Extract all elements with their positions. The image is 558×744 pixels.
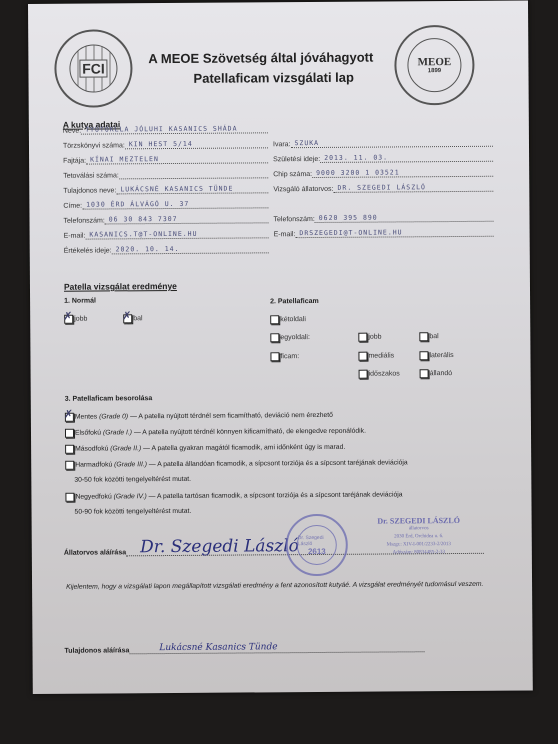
- bilateral-checkbox[interactable]: kétoldali: [270, 315, 306, 324]
- field-label: Értékelés ideje:: [64, 247, 112, 254]
- owner-signature-label: Tulajdonos aláírása: [64, 647, 129, 654]
- grade-desc-cont: 30-50 fok közötti tengelyeltérést mutat.: [65, 470, 505, 488]
- grade-desc: — A patella állandóan ficamodik, a sípcs…: [147, 459, 408, 468]
- medial-checkbox[interactable]: mediális: [358, 351, 394, 360]
- field-input[interactable]: [119, 168, 268, 179]
- grade-option[interactable]: Mentes (Grade 0) — A patella nyújtott té…: [65, 407, 505, 425]
- grade-code: (Grade IV.): [114, 493, 147, 500]
- field-label: Ivara:: [273, 141, 291, 148]
- checkbox-icon[interactable]: [123, 314, 132, 323]
- dog-field-row: Tulajdonos neve:LUKÁCSNÉ KASANICS TÜNDE: [63, 183, 268, 194]
- intermittent-checkbox[interactable]: időszakos: [359, 369, 400, 378]
- field-value: TYÚTOKLLA JÓLUHI KASANICS SHÁDA: [85, 125, 237, 134]
- owner-signature-field[interactable]: Lukácsné Kasanics Tünde: [129, 641, 424, 654]
- luxation-heading: 2. Patellaficam: [270, 298, 319, 305]
- normal-right-checkbox[interactable]: jobb: [64, 315, 87, 324]
- permanent-checkbox[interactable]: állandó: [420, 369, 453, 378]
- unilateral-checkbox[interactable]: egyoldali:: [270, 333, 310, 342]
- checkbox-icon[interactable]: [65, 460, 74, 469]
- dog-field-row: Telefonszám:06 30 843 7307: [63, 213, 268, 224]
- field-value: 9000 3200 1 03521: [316, 168, 400, 177]
- checkbox-icon[interactable]: [270, 352, 279, 361]
- option-label: laterális: [429, 352, 453, 359]
- field-input[interactable]: KIN HEST 5/14: [125, 138, 268, 149]
- dog-field-row: Telefonszám:0620 395 890: [273, 212, 493, 224]
- grade-code: (Grade II.): [110, 445, 141, 452]
- form-title: A MEOE Szövetség által jóváhagyott: [148, 50, 373, 67]
- dog-field-row: Ivara:SZUKA: [273, 137, 493, 149]
- option-label: bal: [429, 333, 438, 340]
- grade-name: Harmadfokú: [75, 461, 112, 468]
- dog-field-row: Születési ideje:2013. 11. 03.: [273, 152, 493, 164]
- field-value: DR. SZEGEDI LÁSZLÓ: [337, 183, 426, 192]
- field-label: Telefonszám:: [63, 217, 104, 224]
- field-value: KASANICS.T@T-ONLINE.HU: [89, 230, 197, 239]
- field-input[interactable]: 9000 3200 1 03521: [312, 167, 493, 178]
- field-input[interactable]: KASANICS.T@T-ONLINE.HU: [85, 228, 268, 239]
- dog-field-row: Vizsgáló állatorvos:DR. SZEGEDI LÁSZLÓ: [273, 182, 493, 194]
- field-input[interactable]: DRSZEGEDI@T-ONLINE.HU: [295, 227, 493, 238]
- classification-heading: 3. Patellaficam besorolása: [65, 395, 153, 403]
- option-label: jobb: [368, 334, 381, 341]
- dog-field-row: Fajtája:KÍNAI MEZTELEN: [63, 153, 268, 164]
- checkbox-icon[interactable]: [359, 370, 368, 379]
- grade-desc: — A patella tartósan ficamodik, a sípcso…: [147, 491, 403, 500]
- vet-signature: Dr. Szegedi László: [140, 536, 299, 557]
- unilateral-left-checkbox[interactable]: bal: [419, 332, 438, 341]
- field-value: DRSZEGEDI@T-ONLINE.HU: [299, 228, 402, 237]
- checkbox-icon[interactable]: [270, 315, 279, 324]
- unilateral-right-checkbox[interactable]: jobb: [358, 333, 381, 342]
- checkbox-icon[interactable]: [64, 315, 73, 324]
- grade-code: (Grade I.): [103, 429, 132, 436]
- checkbox-icon[interactable]: [270, 333, 279, 342]
- dog-field-row: Neve:TYÚTOKLLA JÓLUHI KASANICS SHÁDA: [63, 123, 268, 134]
- option-label: mediális: [368, 352, 394, 359]
- checkbox-icon[interactable]: [65, 428, 74, 437]
- vet-address-stamp: Dr. SZEGEDI LÁSZLÓ állatorvos 2030 Érd, …: [364, 517, 474, 558]
- field-label: Telefonszám:: [273, 216, 314, 223]
- dog-field-row: Törzskönyvi száma:KIN HEST 5/14: [63, 138, 268, 149]
- form-subtitle: Patellaficam vizsgálati lap: [193, 70, 354, 86]
- results-heading: Patella vizsgálat eredménye: [64, 281, 177, 292]
- checkbox-icon[interactable]: [65, 412, 74, 421]
- grade-name: Másodfokú: [75, 445, 108, 452]
- patella-exam-form: FCI MEOE 1899 A MEOE Szövetség által jóv…: [28, 1, 533, 694]
- option-label: kétoldali: [280, 316, 306, 323]
- field-value: KIN HEST 5/14: [129, 140, 193, 148]
- field-label: Neve:: [63, 128, 81, 135]
- grade-option[interactable]: Másodfokú (Grade II.) — A patella gyakra…: [65, 439, 505, 457]
- field-label: Chip száma:: [273, 171, 312, 178]
- field-input[interactable]: SZUKA: [290, 137, 493, 148]
- grade-name: Mentes: [75, 414, 97, 421]
- grade-desc: — A patella nyújtott térdnél sem ficamít…: [128, 412, 333, 420]
- field-input[interactable]: 0620 395 890: [315, 212, 494, 223]
- field-input[interactable]: 2013. 11. 03.: [320, 152, 493, 163]
- grade-option[interactable]: Elsőfokú (Grade I.) — A patella nyújtott…: [65, 423, 505, 441]
- field-input[interactable]: TYÚTOKLLA JÓLUHI KASANICS SHÁDA: [81, 123, 268, 134]
- field-label: E-mail:: [64, 233, 86, 240]
- luxation-type-checkbox[interactable]: ficam:: [270, 352, 299, 361]
- checkbox-icon[interactable]: [420, 369, 429, 378]
- field-input[interactable]: 1030 ÉRD ÁLVÁGÓ U. 37: [82, 198, 268, 209]
- dog-field-row: Címe:1030 ÉRD ÁLVÁGÓ U. 37: [63, 198, 268, 209]
- field-value: 0620 395 890: [319, 214, 378, 222]
- grade-name: Negyedfokú: [75, 493, 111, 500]
- grade-code: (Grade 0): [99, 413, 128, 420]
- field-label: Tetoválási száma:: [63, 172, 119, 179]
- field-input[interactable]: DR. SZEGEDI LÁSZLÓ: [333, 182, 493, 193]
- field-label: Címe:: [63, 203, 82, 210]
- dog-field-row: Tetoválási száma:: [63, 168, 268, 179]
- field-value: 2013. 11. 03.: [324, 153, 388, 161]
- owner-signature-row: Tulajdonos aláírása Lukácsné Kasanics Tü…: [64, 641, 424, 655]
- dog-field-row: E-mail:DRSZEGEDI@T-ONLINE.HU: [274, 227, 494, 239]
- checkbox-icon[interactable]: [419, 351, 428, 360]
- field-input[interactable]: KÍNAI MEZTELEN: [86, 153, 268, 164]
- checkbox-icon[interactable]: [65, 444, 74, 453]
- checkbox-icon[interactable]: [358, 333, 367, 342]
- field-label: Születési ideje:: [273, 156, 320, 163]
- grade-name: Elsőfokú: [75, 430, 101, 437]
- field-input[interactable]: 2020. 10. 14.: [112, 243, 269, 254]
- option-label: jobb: [74, 316, 87, 323]
- meoe-seal-icon: MEOE 1899: [394, 25, 475, 106]
- vet-chamber-stamp-icon: Dr. Szegedi László 2613: [286, 514, 348, 576]
- field-label: Fajtája:: [63, 158, 86, 165]
- grade-option[interactable]: Harmadfokú (Grade III.) — A patella álla…: [65, 455, 505, 488]
- lateral-checkbox[interactable]: laterális: [419, 351, 453, 360]
- field-value: LUKÁCSNÉ KASANICS TÜNDE: [120, 185, 233, 194]
- dog-field-row: Chip száma:9000 3200 1 03521: [273, 167, 493, 179]
- field-label: Törzskönyvi száma:: [63, 142, 125, 149]
- checkbox-icon[interactable]: [65, 492, 74, 501]
- vet-signature-label: Állatorvos aláírása: [64, 549, 126, 556]
- grade-desc: — A patella nyújtott térdnél könnyen kif…: [132, 428, 366, 437]
- field-input[interactable]: 06 30 843 7307: [105, 213, 269, 224]
- normal-heading: 1. Normál: [64, 298, 96, 305]
- dog-field-row: E-mail:KASANICS.T@T-ONLINE.HU: [64, 228, 269, 239]
- field-label: Vizsgáló állatorvos:: [273, 186, 333, 193]
- owner-signature: Lukácsné Kasanics Tünde: [159, 642, 277, 653]
- option-label: időszakos: [369, 370, 400, 377]
- field-label: E-mail:: [274, 231, 296, 238]
- dog-field-row: Értékelés ideje:2020. 10. 14.: [64, 243, 269, 254]
- field-input[interactable]: LUKÁCSNÉ KASANICS TÜNDE: [116, 183, 268, 194]
- field-value: KÍNAI MEZTELEN: [90, 155, 159, 163]
- owner-statement: Kijelentem, hogy a vizsgálati lapon megá…: [66, 577, 486, 595]
- field-value: 06 30 843 7307: [109, 215, 178, 223]
- checkbox-icon[interactable]: [419, 332, 428, 341]
- fci-seal-icon: FCI: [54, 29, 133, 108]
- grade-option[interactable]: Negyedfokú (Grade IV.) — A patella tartó…: [65, 487, 505, 520]
- option-label: bal: [133, 315, 142, 322]
- option-label: ficam:: [280, 353, 299, 360]
- field-value: 2020. 10. 14.: [116, 245, 180, 253]
- field-label: Tulajdonos neve:: [63, 187, 116, 194]
- grade-code: (Grade III.): [114, 461, 147, 468]
- field-value: SZUKA: [294, 139, 319, 147]
- field-value: 1030 ÉRD ÁLVÁGÓ U. 37: [86, 200, 189, 209]
- option-label: állandó: [430, 370, 453, 377]
- checkbox-icon[interactable]: [358, 352, 367, 361]
- grade-desc: — A patella gyakran magától ficamodik, a…: [141, 444, 345, 452]
- normal-left-checkbox[interactable]: bal: [123, 314, 142, 323]
- option-label: egyoldali:: [280, 334, 310, 341]
